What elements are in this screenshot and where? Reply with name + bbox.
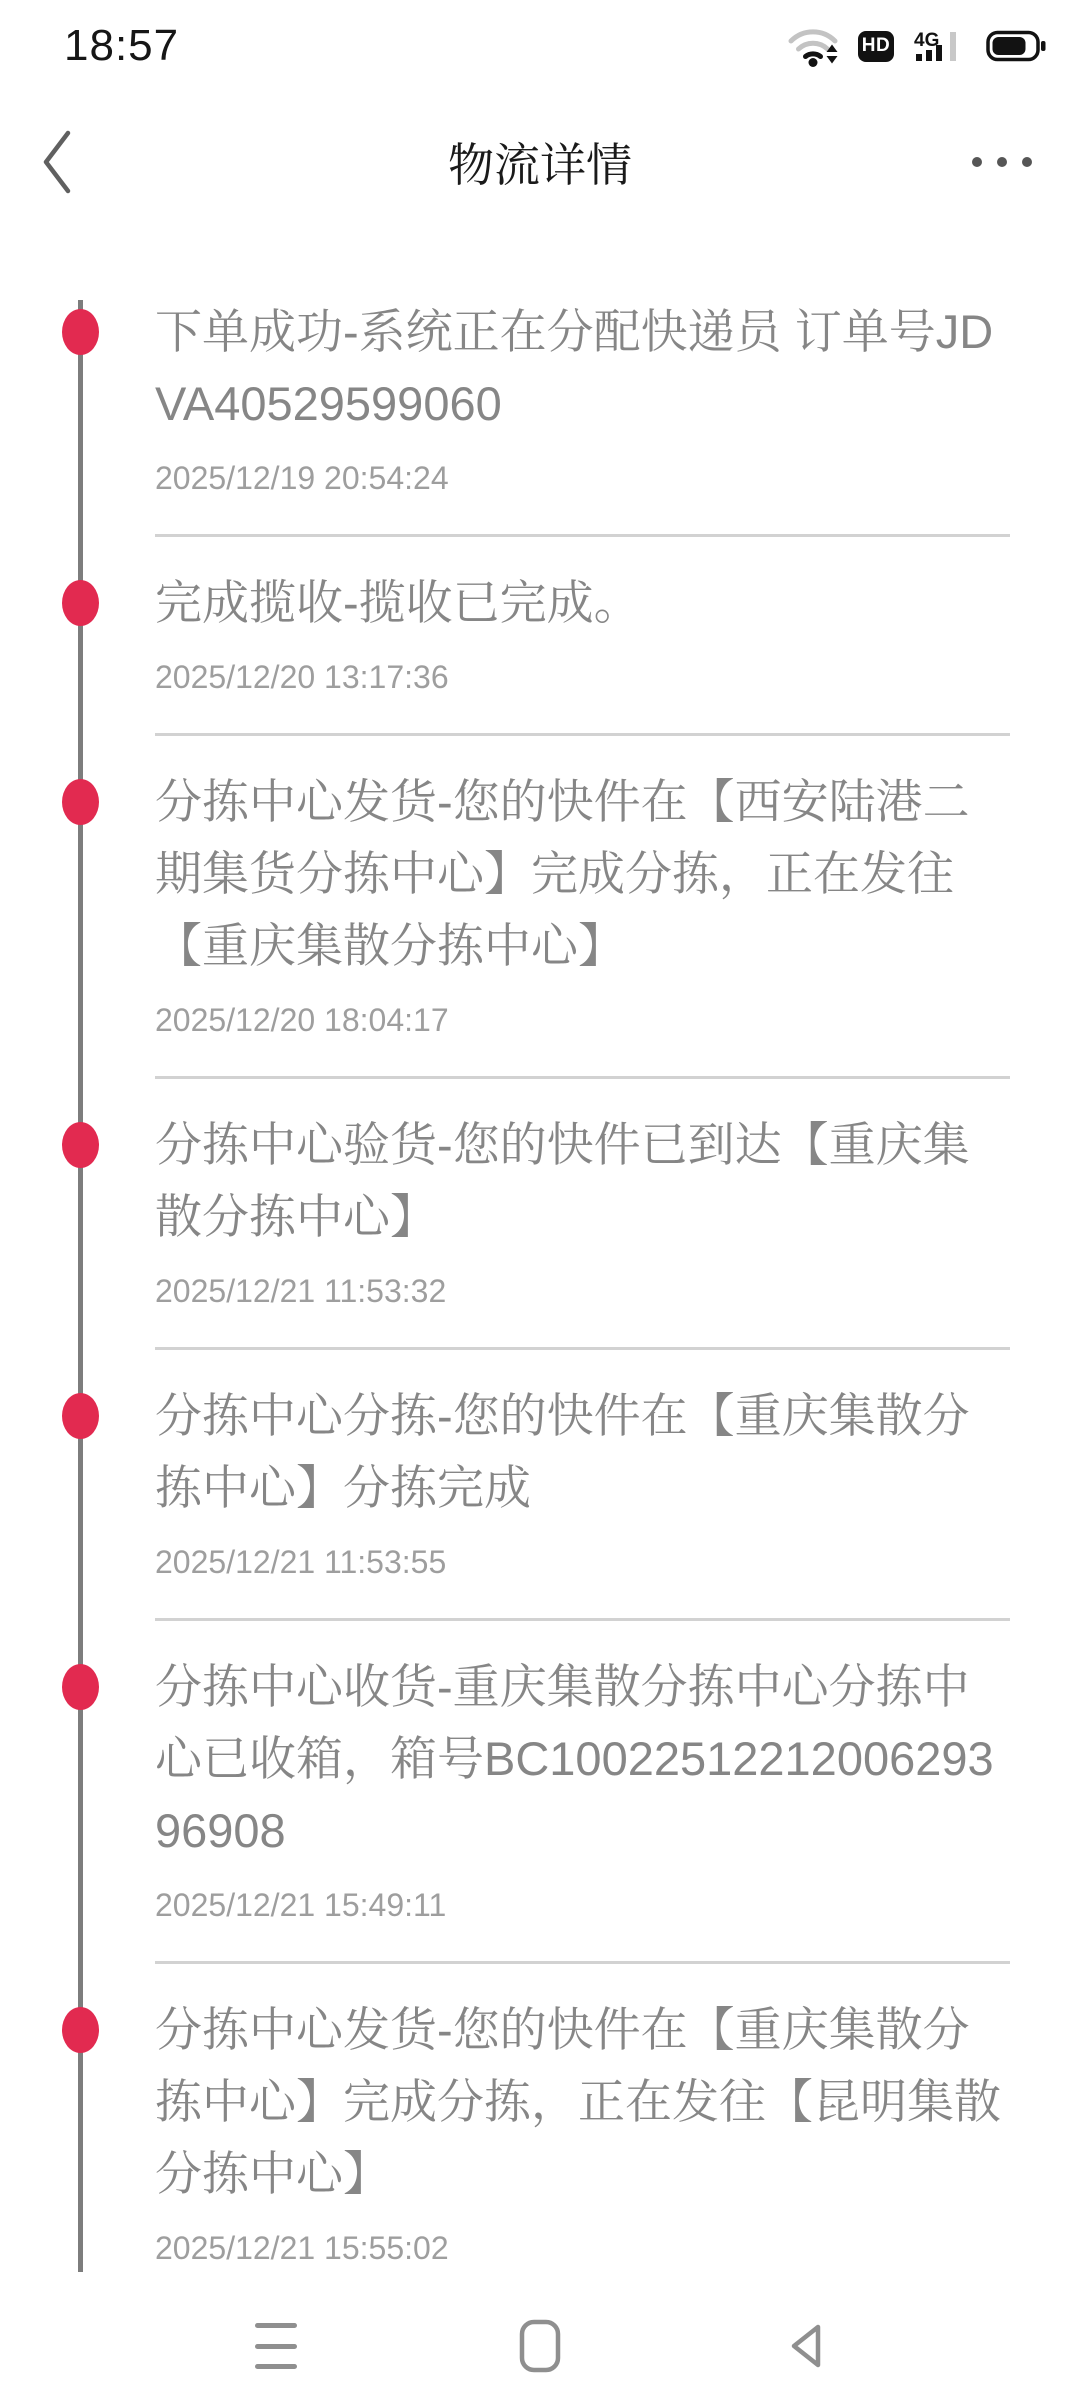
timeline-entry: 分拣中心分拣-您的快件在【重庆集散分拣中心】分拣完成 2025/12/21 11… <box>0 1350 1080 1621</box>
event-timestamp: 2025/12/21 11:53:32 <box>155 1271 1010 1311</box>
battery-icon <box>986 30 1046 62</box>
timeline-entry: 分拣中心收货-重庆集散分拣中心分拣中心已收箱，箱号BC1002251221200… <box>0 1621 1080 1964</box>
event-text: 分拣中心发货-您的快件在【西安陆港二期集货分拣中心】完成分拣，正在发往【重庆集散… <box>155 766 1010 982</box>
home-button[interactable] <box>514 2320 566 2372</box>
event-text: 分拣中心收货-重庆集散分拣中心分拣中心已收箱，箱号BC1002251221200… <box>155 1651 1010 1867</box>
timeline-entry: 分拣中心发货-您的快件在【重庆集散分拣中心】完成分拣，正在发往【昆明集散分拣中心… <box>0 1964 1080 2268</box>
nav-bar: 物流详情 <box>0 92 1080 232</box>
hd-badge: HD <box>858 31 894 62</box>
timeline-entry: 分拣中心发货-您的快件在【西安陆港二期集货分拣中心】完成分拣，正在发往【重庆集散… <box>0 736 1080 1079</box>
timeline-dot <box>62 779 99 825</box>
timeline-entry: 分拣中心验货-您的快件已到达【重庆集散分拣中心】 2025/12/21 11:5… <box>0 1079 1080 1350</box>
status-bar: 18:57 HD 4G <box>0 0 1080 92</box>
home-icon <box>518 2319 562 2373</box>
android-nav-bar <box>0 2318 1080 2374</box>
event-text: 下单成功-系统正在分配快递员 订单号JDVA40529599060 <box>155 296 1010 440</box>
timeline-dot <box>62 1393 99 1439</box>
timeline-entry: 下单成功-系统正在分配快递员 订单号JDVA40529599060 2025/1… <box>0 266 1080 537</box>
event-text: 分拣中心分拣-您的快件在【重庆集散分拣中心】分拣完成 <box>155 1380 1010 1524</box>
timeline-dot <box>62 580 99 626</box>
tracking-timeline: 下单成功-系统正在分配快递员 订单号JDVA40529599060 2025/1… <box>0 232 1080 2268</box>
event-timestamp: 2025/12/20 18:04:17 <box>155 1000 1010 1040</box>
timeline-entry: 完成揽收-揽收已完成。 2025/12/20 13:17:36 <box>0 537 1080 736</box>
more-menu-button[interactable] <box>968 143 1036 181</box>
ellipsis-icon <box>972 157 982 167</box>
wifi-icon <box>788 25 838 67</box>
event-timestamp: 2025/12/19 20:54:24 <box>155 458 1010 498</box>
event-timestamp: 2025/12/21 15:49:11 <box>155 1885 1010 1925</box>
signal-4g-icon: 4G <box>914 30 966 62</box>
status-time: 18:57 <box>64 21 179 71</box>
event-timestamp: 2025/12/20 13:17:36 <box>155 657 1010 697</box>
status-icons: HD 4G <box>788 25 1046 67</box>
android-back-button[interactable] <box>778 2320 830 2372</box>
back-triangle-icon <box>781 2319 827 2373</box>
timeline-dot <box>62 1664 99 1710</box>
logistics-detail-screen: 18:57 HD 4G <box>0 0 1080 2400</box>
timeline-dot <box>62 309 99 355</box>
event-text: 分拣中心验货-您的快件已到达【重庆集散分拣中心】 <box>155 1109 1010 1253</box>
recents-menu-icon <box>255 2323 297 2369</box>
timeline-dot <box>62 2007 99 2053</box>
event-text: 完成揽收-揽收已完成。 <box>155 567 1010 639</box>
timeline-dot <box>62 1122 99 1168</box>
event-timestamp: 2025/12/21 11:53:55 <box>155 1542 1010 1582</box>
event-text: 分拣中心发货-您的快件在【重庆集散分拣中心】完成分拣，正在发往【昆明集散分拣中心… <box>155 1994 1010 2210</box>
recents-button[interactable] <box>250 2320 302 2372</box>
page-title: 物流详情 <box>0 129 1080 195</box>
event-timestamp: 2025/12/21 15:55:02 <box>155 2228 1010 2268</box>
network-type-label: 4G <box>914 30 939 51</box>
